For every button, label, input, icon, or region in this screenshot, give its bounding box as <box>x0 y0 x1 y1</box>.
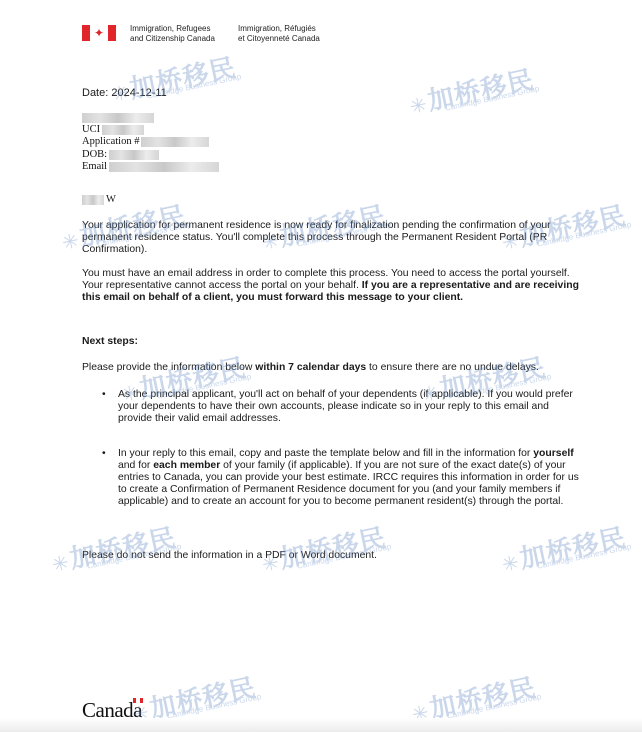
instructions-list: •As the principal applicant, you'll act … <box>82 389 582 531</box>
canada-flag-icon: ✦ <box>82 25 116 41</box>
paragraph-email-required: You must have an email address in order … <box>82 268 582 305</box>
redacted-name <box>82 113 154 123</box>
paragraph-deadline: Please provide the information below wit… <box>82 362 582 374</box>
letter-date: Date: 2024-12-11 <box>82 87 167 99</box>
list-item: •As the principal applicant, you'll act … <box>82 389 582 426</box>
redacted-value <box>82 195 104 205</box>
redacted-value <box>109 150 159 160</box>
letter-page: ✦ Immigration, Refugees and Citizenship … <box>0 0 642 732</box>
watermark: ✳加桥移民Canbridge Business Group <box>406 59 538 122</box>
paragraph-ready: Your application for permanent residence… <box>82 220 582 257</box>
redacted-value <box>141 137 209 147</box>
list-item: •In your reply to this email, copy and p… <box>82 448 582 509</box>
field-uci: UCI <box>82 124 219 136</box>
greeting: W <box>82 194 116 205</box>
field-application-number: Application # <box>82 136 219 148</box>
applicant-fields: UCI Application # DOB: Email <box>82 124 219 173</box>
next-steps-heading: Next steps: <box>82 336 582 348</box>
department-name-english: Immigration, Refugees and Citizenship Ca… <box>130 24 230 44</box>
redacted-value <box>109 162 219 172</box>
field-dob: DOB: <box>82 149 219 161</box>
paragraph-no-pdf: Please do not send the information in a … <box>82 550 582 562</box>
field-email: Email <box>82 161 219 173</box>
ircc-header: ✦ Immigration, Refugees and Citizenship … <box>82 24 348 44</box>
redacted-value <box>102 125 144 135</box>
watermark: ✳加桥移民Canbridge Business Group <box>108 47 240 110</box>
page-edge-shadow <box>0 718 642 732</box>
canada-flag-icon <box>133 698 143 703</box>
department-name-french: Immigration, Réfugiés et Citoyenneté Can… <box>238 24 348 44</box>
